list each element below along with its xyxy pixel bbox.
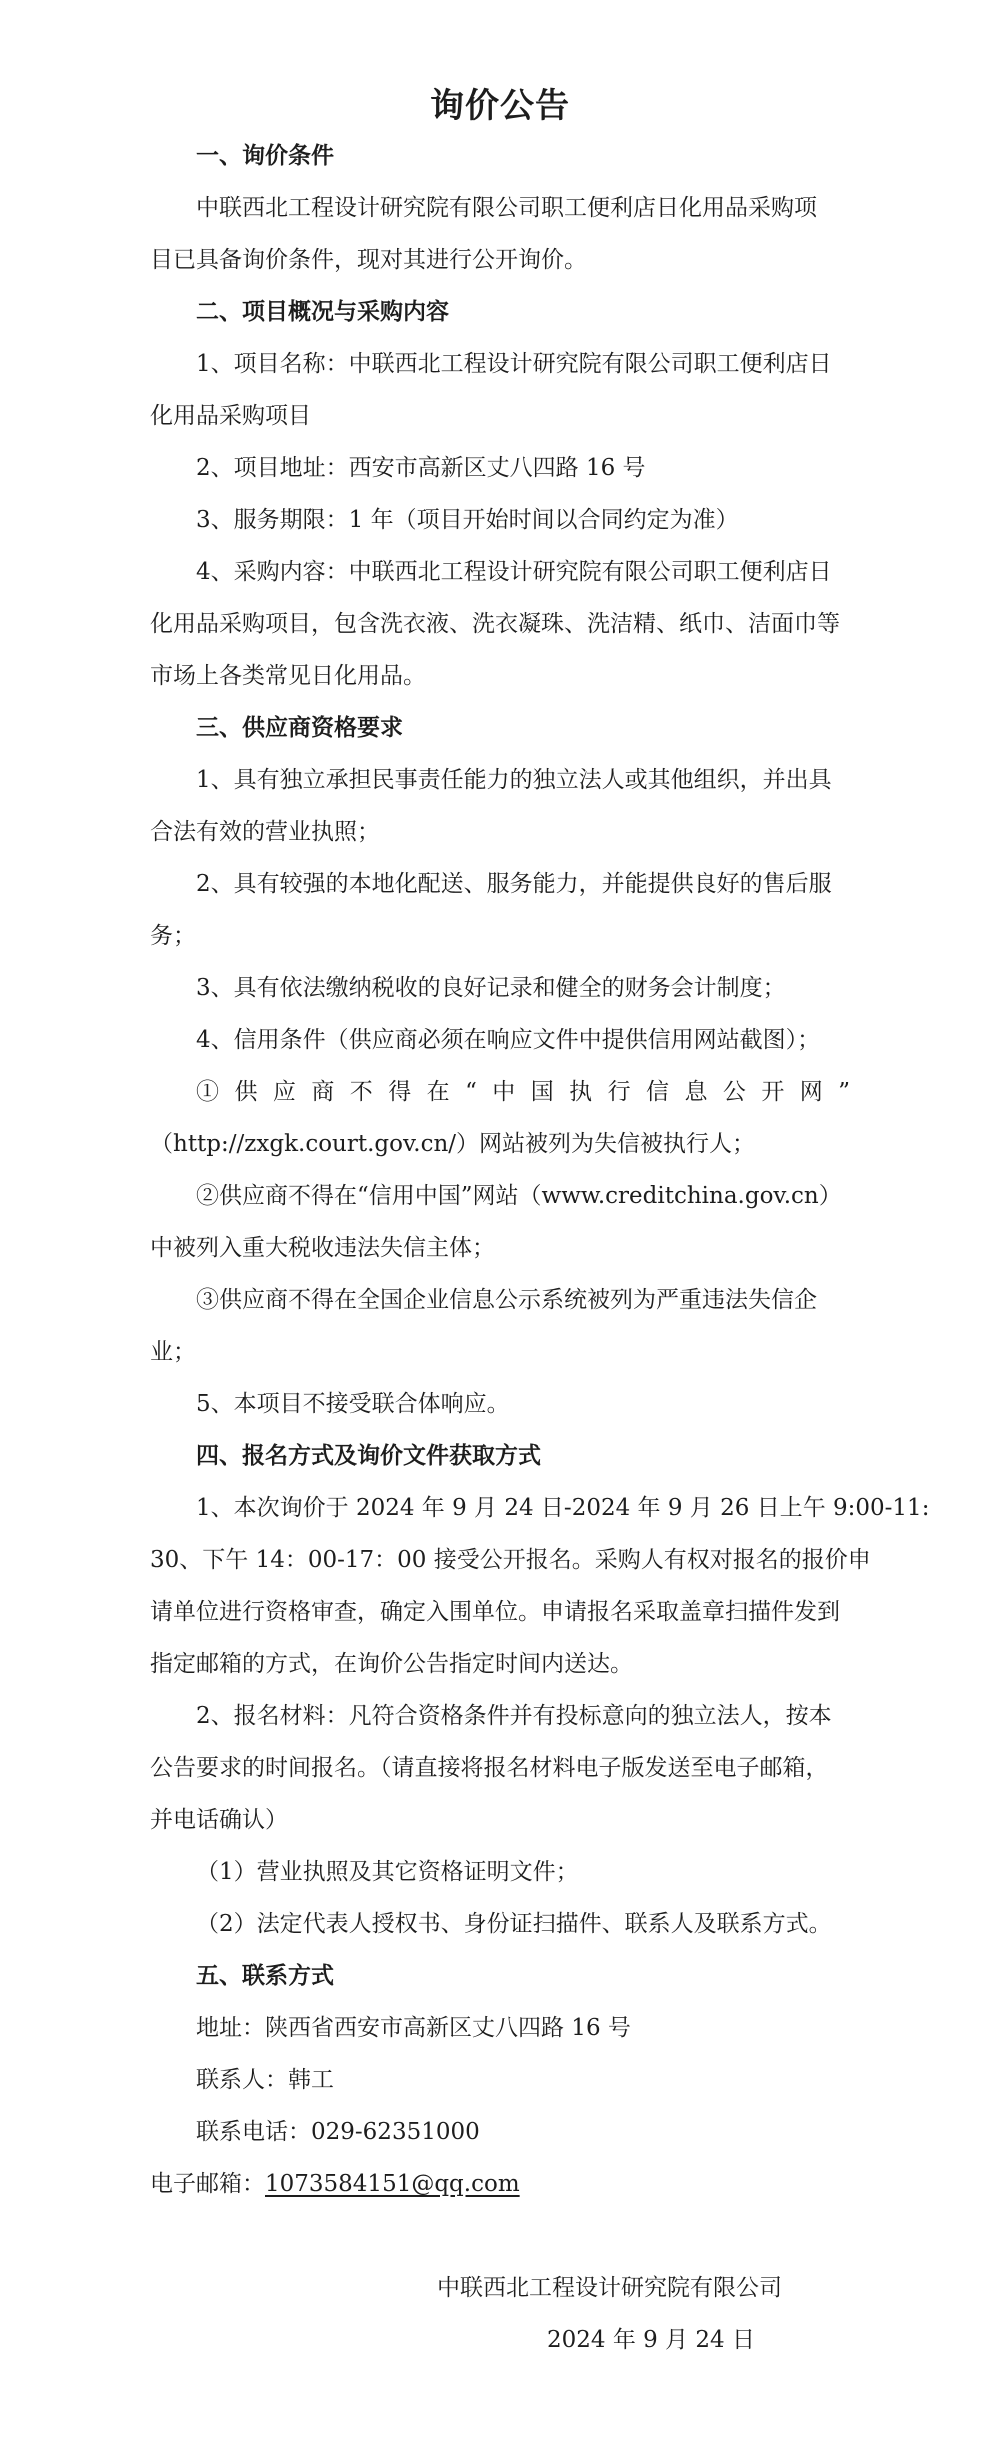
paragraph-line: 化用品采购项目 [150, 390, 850, 442]
paragraph-line: ③供应商不得在全国企业信息公示系统被列为严重违法失信企 [150, 1274, 850, 1326]
section-heading: 四、报名方式及询价文件获取方式 [150, 1430, 850, 1482]
paragraph-line: ②供应商不得在“信用中国”网站（www.creditchina.gov.cn） [150, 1170, 850, 1222]
section-heading: 五、联系方式 [150, 1950, 850, 2002]
paragraph-line: 请单位进行资格审查，确定入围单位。申请报名采取盖章扫描件发到 [150, 1586, 850, 1638]
paragraph-line: 地址：陕西省西安市高新区丈八四路 16 号 [150, 2002, 850, 2054]
email-address: 1073584151@qq.com [265, 2171, 520, 2197]
paragraph-line: 2、项目地址：西安市高新区丈八四路 16 号 [150, 442, 850, 494]
document-page: 询价公告 一、询价条件中联西北工程设计研究院有限公司职工便利店日化用品采购项目已… [0, 0, 1000, 2450]
paragraph-line: 化用品采购项目，包含洗衣液、洗衣凝珠、洗洁精、纸巾、洁面巾等 [150, 598, 850, 650]
paragraph-line: 联系电话：029-62351000 [150, 2106, 850, 2158]
paragraph-line: 公告要求的时间报名。（请直接将报名材料电子版发送至电子邮箱， [150, 1742, 850, 1794]
document-title: 询价公告 [0, 0, 1000, 126]
section-heading: 二、项目概况与采购内容 [150, 286, 850, 338]
paragraph-line: 联系人：韩工 [150, 2054, 850, 2106]
email-label: 电子邮箱： [150, 2171, 265, 2197]
paragraph-line: 3、服务期限：1 年（项目开始时间以合同约定为准） [150, 494, 850, 546]
paragraph-line: 2、报名材料：凡符合资格条件并有投标意向的独立法人，按本 [150, 1690, 850, 1742]
section-heading: 三、供应商资格要求 [150, 702, 850, 754]
paragraph-line: 合法有效的营业执照； [150, 806, 850, 858]
paragraph-line: （1）营业执照及其它资格证明文件； [150, 1846, 850, 1898]
email-line: 电子邮箱：1073584151@qq.com [150, 2158, 850, 2210]
paragraph-line: 1、项目名称：中联西北工程设计研究院有限公司职工便利店日 [150, 338, 850, 390]
blank-line [150, 2210, 850, 2262]
paragraph-line: 务； [150, 910, 850, 962]
paragraph-line: 目已具备询价条件，现对其进行公开询价。 [150, 234, 850, 286]
paragraph-line: 4、采购内容：中联西北工程设计研究院有限公司职工便利店日 [150, 546, 850, 598]
paragraph-line: 1、本次询价于 2024 年 9 月 24 日-2024 年 9 月 26 日上… [150, 1482, 850, 1534]
section-heading: 一、询价条件 [150, 130, 850, 182]
paragraph-line-justified: ①供应商不得在“中国执行信息公开网” [150, 1066, 850, 1118]
paragraph-line: 2、具有较强的本地化配送、服务能力，并能提供良好的售后服 [150, 858, 850, 910]
paragraph-line: 业； [150, 1326, 850, 1378]
paragraph-line: 4、信用条件（供应商必须在响应文件中提供信用网站截图）； [150, 1014, 850, 1066]
paragraph-line: 中被列入重大税收违法失信主体； [150, 1222, 850, 1274]
document-body: 一、询价条件中联西北工程设计研究院有限公司职工便利店日化用品采购项目已具备询价条… [150, 130, 850, 2366]
paragraph-line: 5、本项目不接受联合体响应。 [150, 1378, 850, 1430]
signature-date: 2024 年 9 月 24 日 [150, 2314, 850, 2366]
signature-company: 中联西北工程设计研究院有限公司 [150, 2262, 850, 2314]
paragraph-line: 3、具有依法缴纳税收的良好记录和健全的财务会计制度； [150, 962, 850, 1014]
paragraph-line: （http://zxgk.court.gov.cn/）网站被列为失信被执行人； [150, 1118, 850, 1170]
paragraph-line: 1、具有独立承担民事责任能力的独立法人或其他组织，并出具 [150, 754, 850, 806]
paragraph-line: 指定邮箱的方式，在询价公告指定时间内送达。 [150, 1638, 850, 1690]
paragraph-line: 并电话确认） [150, 1794, 850, 1846]
paragraph-line: 中联西北工程设计研究院有限公司职工便利店日化用品采购项 [150, 182, 850, 234]
paragraph-line: （2）法定代表人授权书、身份证扫描件、联系人及联系方式。 [150, 1898, 850, 1950]
paragraph-line: 市场上各类常见日化用品。 [150, 650, 850, 702]
paragraph-line: 30、下午 14：00-17：00 接受公开报名。采购人有权对报名的报价申 [150, 1534, 850, 1586]
